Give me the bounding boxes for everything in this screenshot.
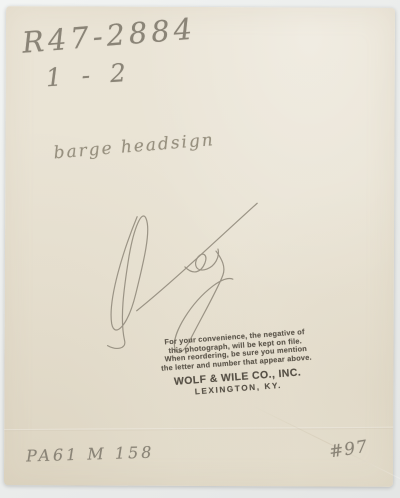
reorder-stamp: For your convenience, the negative of th…	[149, 327, 325, 399]
handwritten-caption: barge headsign	[53, 130, 216, 163]
handwritten-accession-code: PA61 M 158	[26, 443, 155, 466]
scan-background: R47-2884 1 - 2 barge headsign For your c…	[0, 0, 400, 498]
handwritten-item-range: 1 - 2	[45, 58, 133, 93]
handwritten-catalog-number: R47-2884	[21, 11, 198, 59]
paper-crease-horizontal	[4, 427, 393, 431]
handwritten-print-number: #97	[328, 437, 369, 463]
paper-crease-diagonal	[252, 405, 400, 481]
photo-back-paper: R47-2884 1 - 2 barge headsign For your c…	[4, 6, 395, 487]
